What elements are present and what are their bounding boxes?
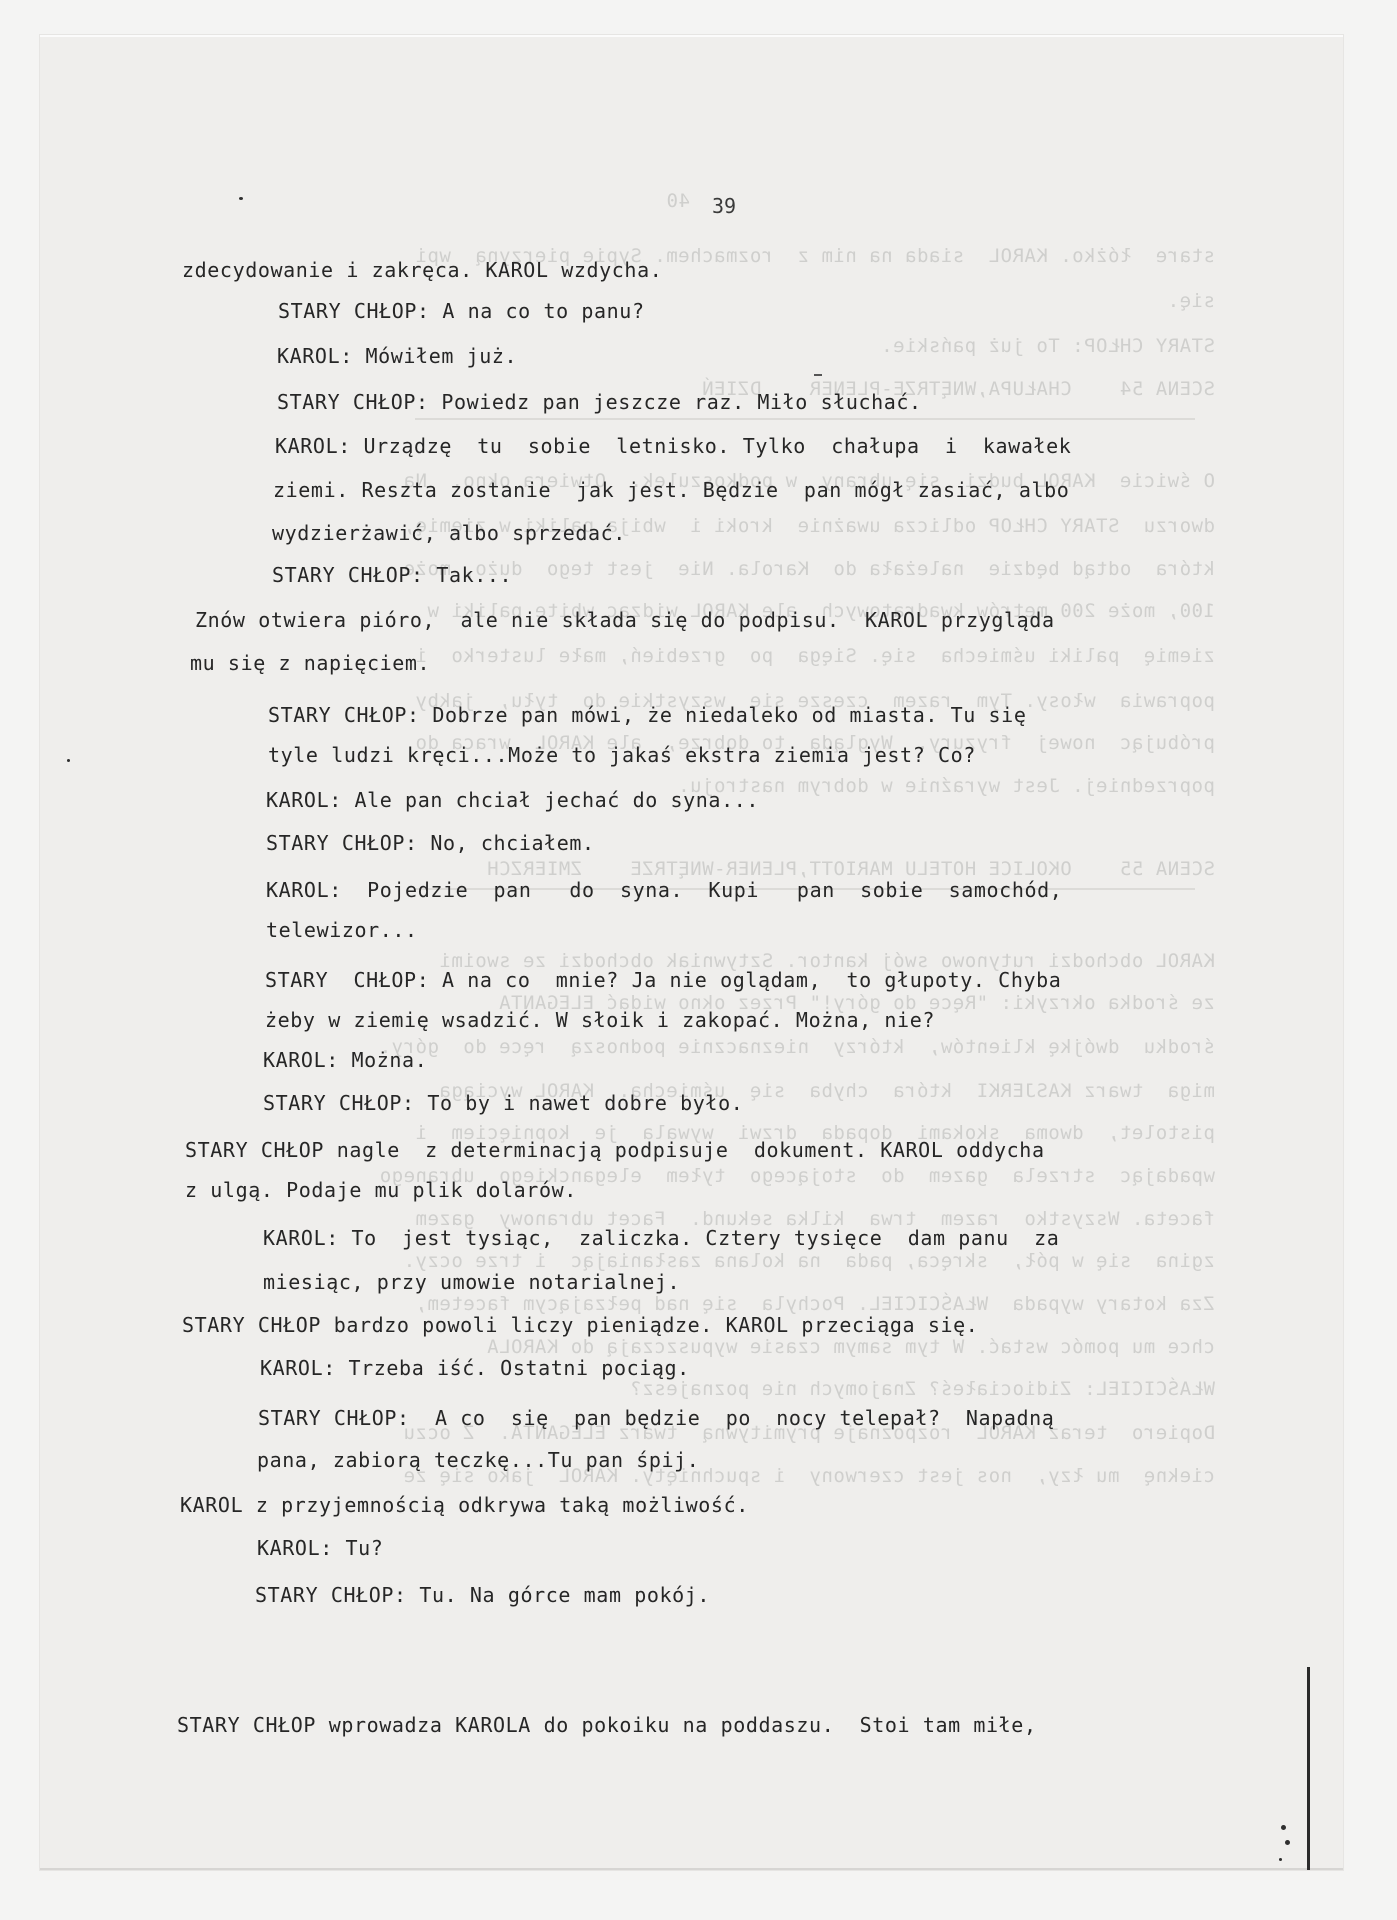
- ink-dot: [1281, 1825, 1286, 1830]
- dialogue-line: STARY CHŁOP: No, chciałem.: [266, 831, 595, 855]
- margin-rule: [1307, 1667, 1310, 1870]
- dialogue-line: tyle ludzi kręci...Może to jakaś ekstra …: [268, 743, 976, 767]
- dialogue-line: wydzierżawić, albo sprzedać.: [272, 521, 626, 545]
- dialogue-line: STARY CHŁOP: Tak...: [272, 563, 512, 587]
- action-line: STARY CHŁOP bardzo powoli liczy pieniądz…: [182, 1313, 978, 1337]
- dialogue-line: telewizor...: [266, 918, 418, 942]
- dialogue-line: KAROL: Urządzę tu sobie letnisko. Tylko …: [275, 434, 1071, 458]
- action-line: Znów otwiera pióro, ale nie składa się d…: [195, 608, 1055, 632]
- page-number: 39: [712, 194, 736, 218]
- dialogue-line: pana, zabiorą teczkę...Tu pan śpij.: [257, 1448, 699, 1472]
- dialogue-line: KAROL: Można.: [263, 1048, 427, 1072]
- ink-dot: [67, 759, 70, 762]
- action-line: z ulgą. Podaje mu plik dolarów.: [185, 1178, 577, 1202]
- action-line: zdecydowanie i zakręca. KAROL wzdycha.: [182, 258, 662, 282]
- ink-dot: [1285, 1840, 1290, 1845]
- dialogue-line: STARY CHŁOP: To by i nawet dobre było.: [263, 1091, 743, 1115]
- dialogue-line: KAROL: Trzeba iść. Ostatni pociąg.: [260, 1356, 690, 1380]
- dialogue-line: STARY CHŁOP: Tu. Na górce mam pokój.: [255, 1583, 710, 1607]
- dialogue-line: KAROL: To jest tysiąc, zaliczka. Cztery …: [263, 1226, 1059, 1250]
- dialogue-line: KAROL: Pojedzie pan do syna. Kupi pan so…: [266, 878, 1062, 902]
- dialogue-line: STARY CHŁOP: A co się pan będzie po nocy…: [258, 1406, 1054, 1430]
- dialogue-line: STARY CHŁOP: Dobrze pan mówi, że niedale…: [268, 703, 1026, 727]
- ink-dash: [814, 374, 822, 376]
- dialogue-line: żeby w ziemię wsadzić. W słoik i zakopać…: [265, 1008, 935, 1032]
- dialogue-line: STARY CHŁOP: A na co mnie? Ja nie ogląda…: [265, 968, 1061, 992]
- action-line: STARY CHŁOP wprowadza KAROLA do pokoiku …: [177, 1713, 1037, 1737]
- action-line: mu się z napięciem.: [190, 651, 430, 675]
- ink-dot: [1279, 1858, 1282, 1861]
- dialogue-line: KAROL: Tu?: [257, 1536, 383, 1560]
- dialogue-line: STARY CHŁOP: A na co to panu?: [278, 299, 645, 323]
- dialogue-line: STARY CHŁOP: Powiedz pan jeszcze raz. Mi…: [277, 390, 922, 414]
- dialogue-line: ziemi. Reszta zostanie jak jest. Będzie …: [273, 478, 1069, 502]
- action-line: KAROL z przyjemnością odkrywa taką możli…: [180, 1493, 749, 1517]
- dialogue-line: KAROL: Ale pan chciał jechać do syna...: [266, 788, 759, 812]
- dialogue-line: KAROL: Mówiłem już.: [277, 344, 517, 368]
- dialogue-line: miesiąc, przy umowie notarialnej.: [263, 1270, 680, 1294]
- action-line: STARY CHŁOP nagle z determinacją podpisu…: [185, 1138, 1045, 1162]
- ink-dot: [239, 197, 243, 200]
